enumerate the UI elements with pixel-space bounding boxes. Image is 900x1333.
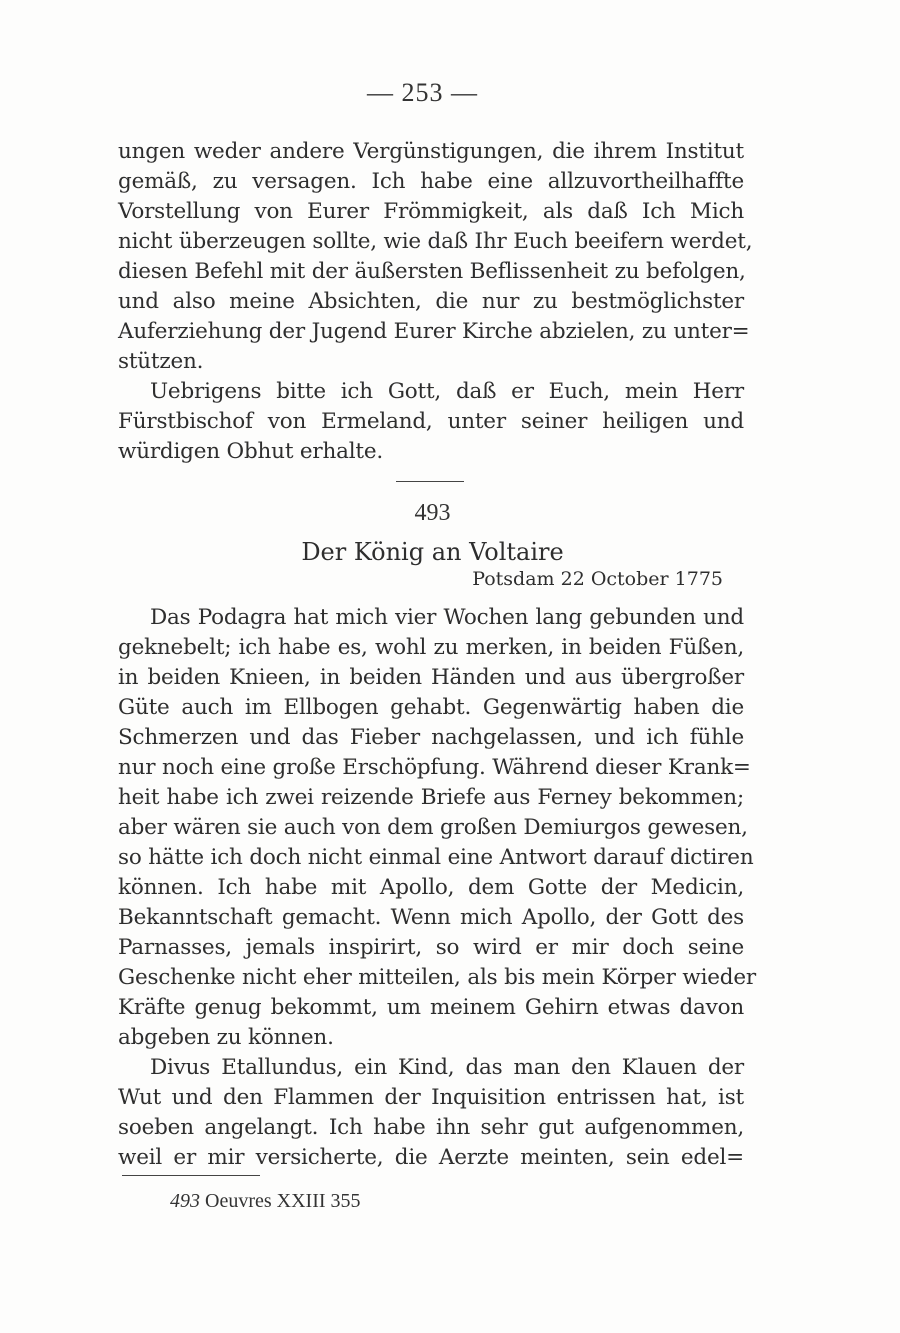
text-line: nicht überzeugen sollte, wie daß Ihr Euc… (118, 227, 744, 257)
text-line: in beiden Knieen, in beiden Händen und a… (118, 663, 744, 693)
footnote: 493 Oeuvres XXIII 355 (170, 1190, 361, 1213)
text-line: heit habe ich zwei reizende Briefe aus F… (118, 783, 744, 813)
text-line: Vorstellung von Eurer Frömmigkeit, als d… (118, 197, 744, 227)
footnote-text: Oeuvres XXIII 355 (205, 1190, 361, 1212)
text-line: stützen. (118, 347, 744, 377)
text-line: Schmerzen und das Fieber nachgelassen, u… (118, 723, 744, 753)
text-line: aber wären sie auch von dem großen Demiu… (118, 813, 744, 843)
page-number: — 253 — (0, 78, 845, 108)
footnote-divider (122, 1175, 260, 1176)
text-line: so hätte ich doch nicht einmal eine Antw… (118, 843, 744, 873)
text-line: Parnasses, jemals inspirirt, so wird er … (118, 933, 744, 963)
text-line: gemäß, zu versagen. Ich habe eine allzuv… (118, 167, 744, 197)
text-line: Kräfte genug bekommt, um meinem Gehirn e… (118, 993, 744, 1023)
letter-dateline: Potsdam 22 October 1775 (468, 568, 723, 590)
text-line: nur noch eine große Erschöpfung. Während… (118, 753, 744, 783)
text-line: können. Ich habe mit Apollo, dem Gotte d… (118, 873, 744, 903)
text-line: diesen Befehl mit der äußersten Beflisse… (118, 257, 744, 287)
text-line: Divus Etallundus, ein Kind, das man den … (150, 1053, 744, 1083)
text-line: ungen weder andere Vergünstigungen, die … (118, 137, 744, 167)
text-line: soeben angelangt. Ich habe ihn sehr gut … (118, 1113, 744, 1143)
text-line: weil er mir versicherte, die Aerzte mein… (118, 1143, 744, 1173)
text-line: würdigen Obhut erhalte. (118, 437, 744, 467)
text-line: Bekanntschaft gemacht. Wenn mich Apollo,… (118, 903, 744, 933)
text-line: Wut und den Flammen der Inquisition entr… (118, 1083, 744, 1113)
text-line: Uebrigens bitte ich Gott, daß er Euch, m… (150, 377, 744, 407)
text-line: und also meine Absichten, die nur zu bes… (118, 287, 744, 317)
footnote-ref: 493 (170, 1190, 200, 1212)
letter-title: Der König an Voltaire (0, 538, 865, 566)
book-page: — 253 — ungen weder andere Vergünstigung… (0, 0, 900, 1333)
text-line: Auferziehung der Jugend Eurer Kirche abz… (118, 317, 744, 347)
text-line: Güte auch im Ellbogen gehabt. Gegenwärti… (118, 693, 744, 723)
text-line: Fürstbischof von Ermeland, unter seiner … (118, 407, 744, 437)
text-line: geknebelt; ich habe es, wohl zu merken, … (118, 633, 744, 663)
letter-number: 493 (0, 500, 865, 527)
text-line: Das Podagra hat mich vier Wochen lang ge… (150, 603, 744, 633)
section-divider (396, 481, 464, 482)
text-line: abgeben zu können. (118, 1023, 744, 1053)
text-line: Geschenke nicht eher mitteilen, als bis … (118, 963, 744, 993)
